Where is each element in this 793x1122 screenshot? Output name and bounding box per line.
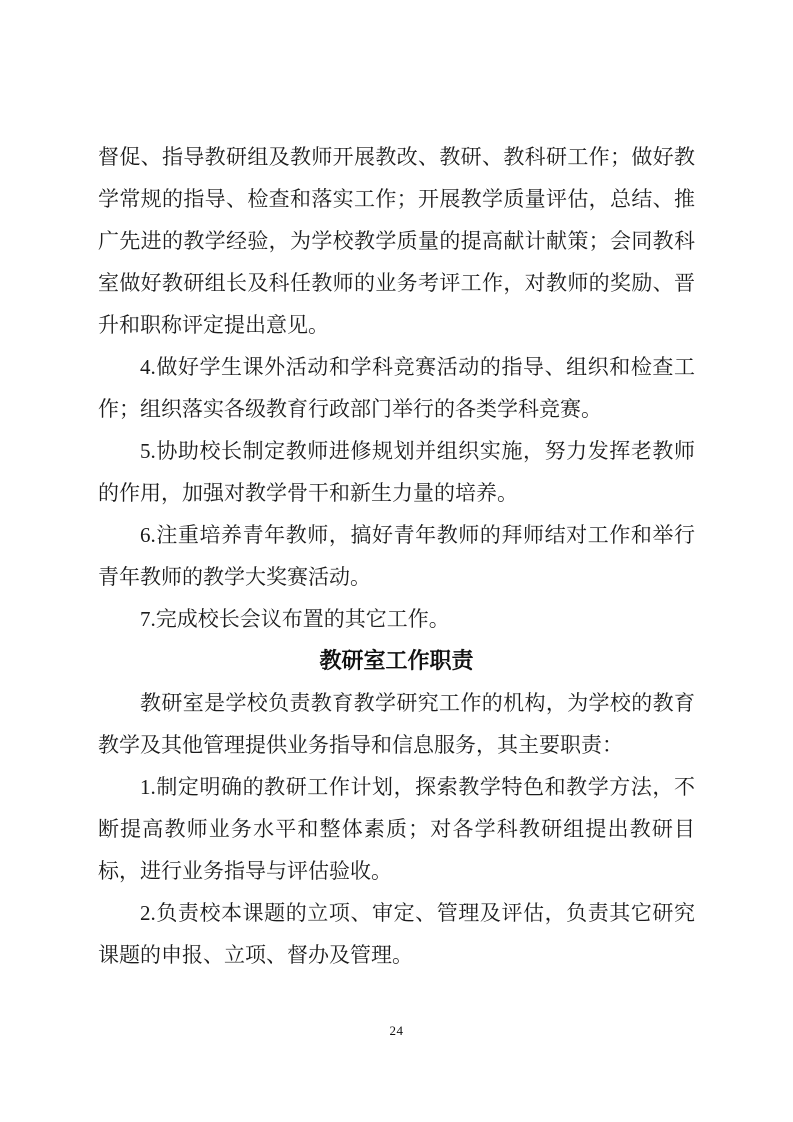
- section-heading: 教研室工作职责: [98, 640, 695, 682]
- page-number: 24: [390, 1023, 404, 1038]
- paragraph: 督促、指导教研组及教师开展教改、教研、教科研工作；做好教学常规的指导、检查和落实…: [98, 136, 695, 346]
- paragraph: 7.完成校长会议布置的其它工作。: [98, 598, 695, 640]
- document-page: 督促、指导教研组及教师开展教改、教研、教科研工作；做好教学常规的指导、检查和落实…: [0, 0, 793, 1122]
- document-body: 督促、指导教研组及教师开展教改、教研、教科研工作；做好教学常规的指导、检查和落实…: [98, 136, 695, 976]
- paragraph: 4.做好学生课外活动和学科竞赛活动的指导、组织和检查工作；组织落实各级教育行政部…: [98, 346, 695, 430]
- paragraph: 6.注重培养青年教师，搞好青年教师的拜师结对工作和举行青年教师的教学大奖赛活动。: [98, 514, 695, 598]
- paragraph: 教研室是学校负责教育教学研究工作的机构，为学校的教育教学及其他管理提供业务指导和…: [98, 682, 695, 766]
- paragraph: 1.制定明确的教研工作计划，探索教学特色和教学方法，不断提高教师业务水平和整体素…: [98, 766, 695, 892]
- paragraph: 2.负责校本课题的立项、审定、管理及评估，负责其它研究课题的申报、立项、督办及管…: [98, 892, 695, 976]
- page-footer: 24: [0, 1022, 793, 1040]
- paragraph: 5.协助校长制定教师进修规划并组织实施，努力发挥老教师的作用，加强对教学骨干和新…: [98, 430, 695, 514]
